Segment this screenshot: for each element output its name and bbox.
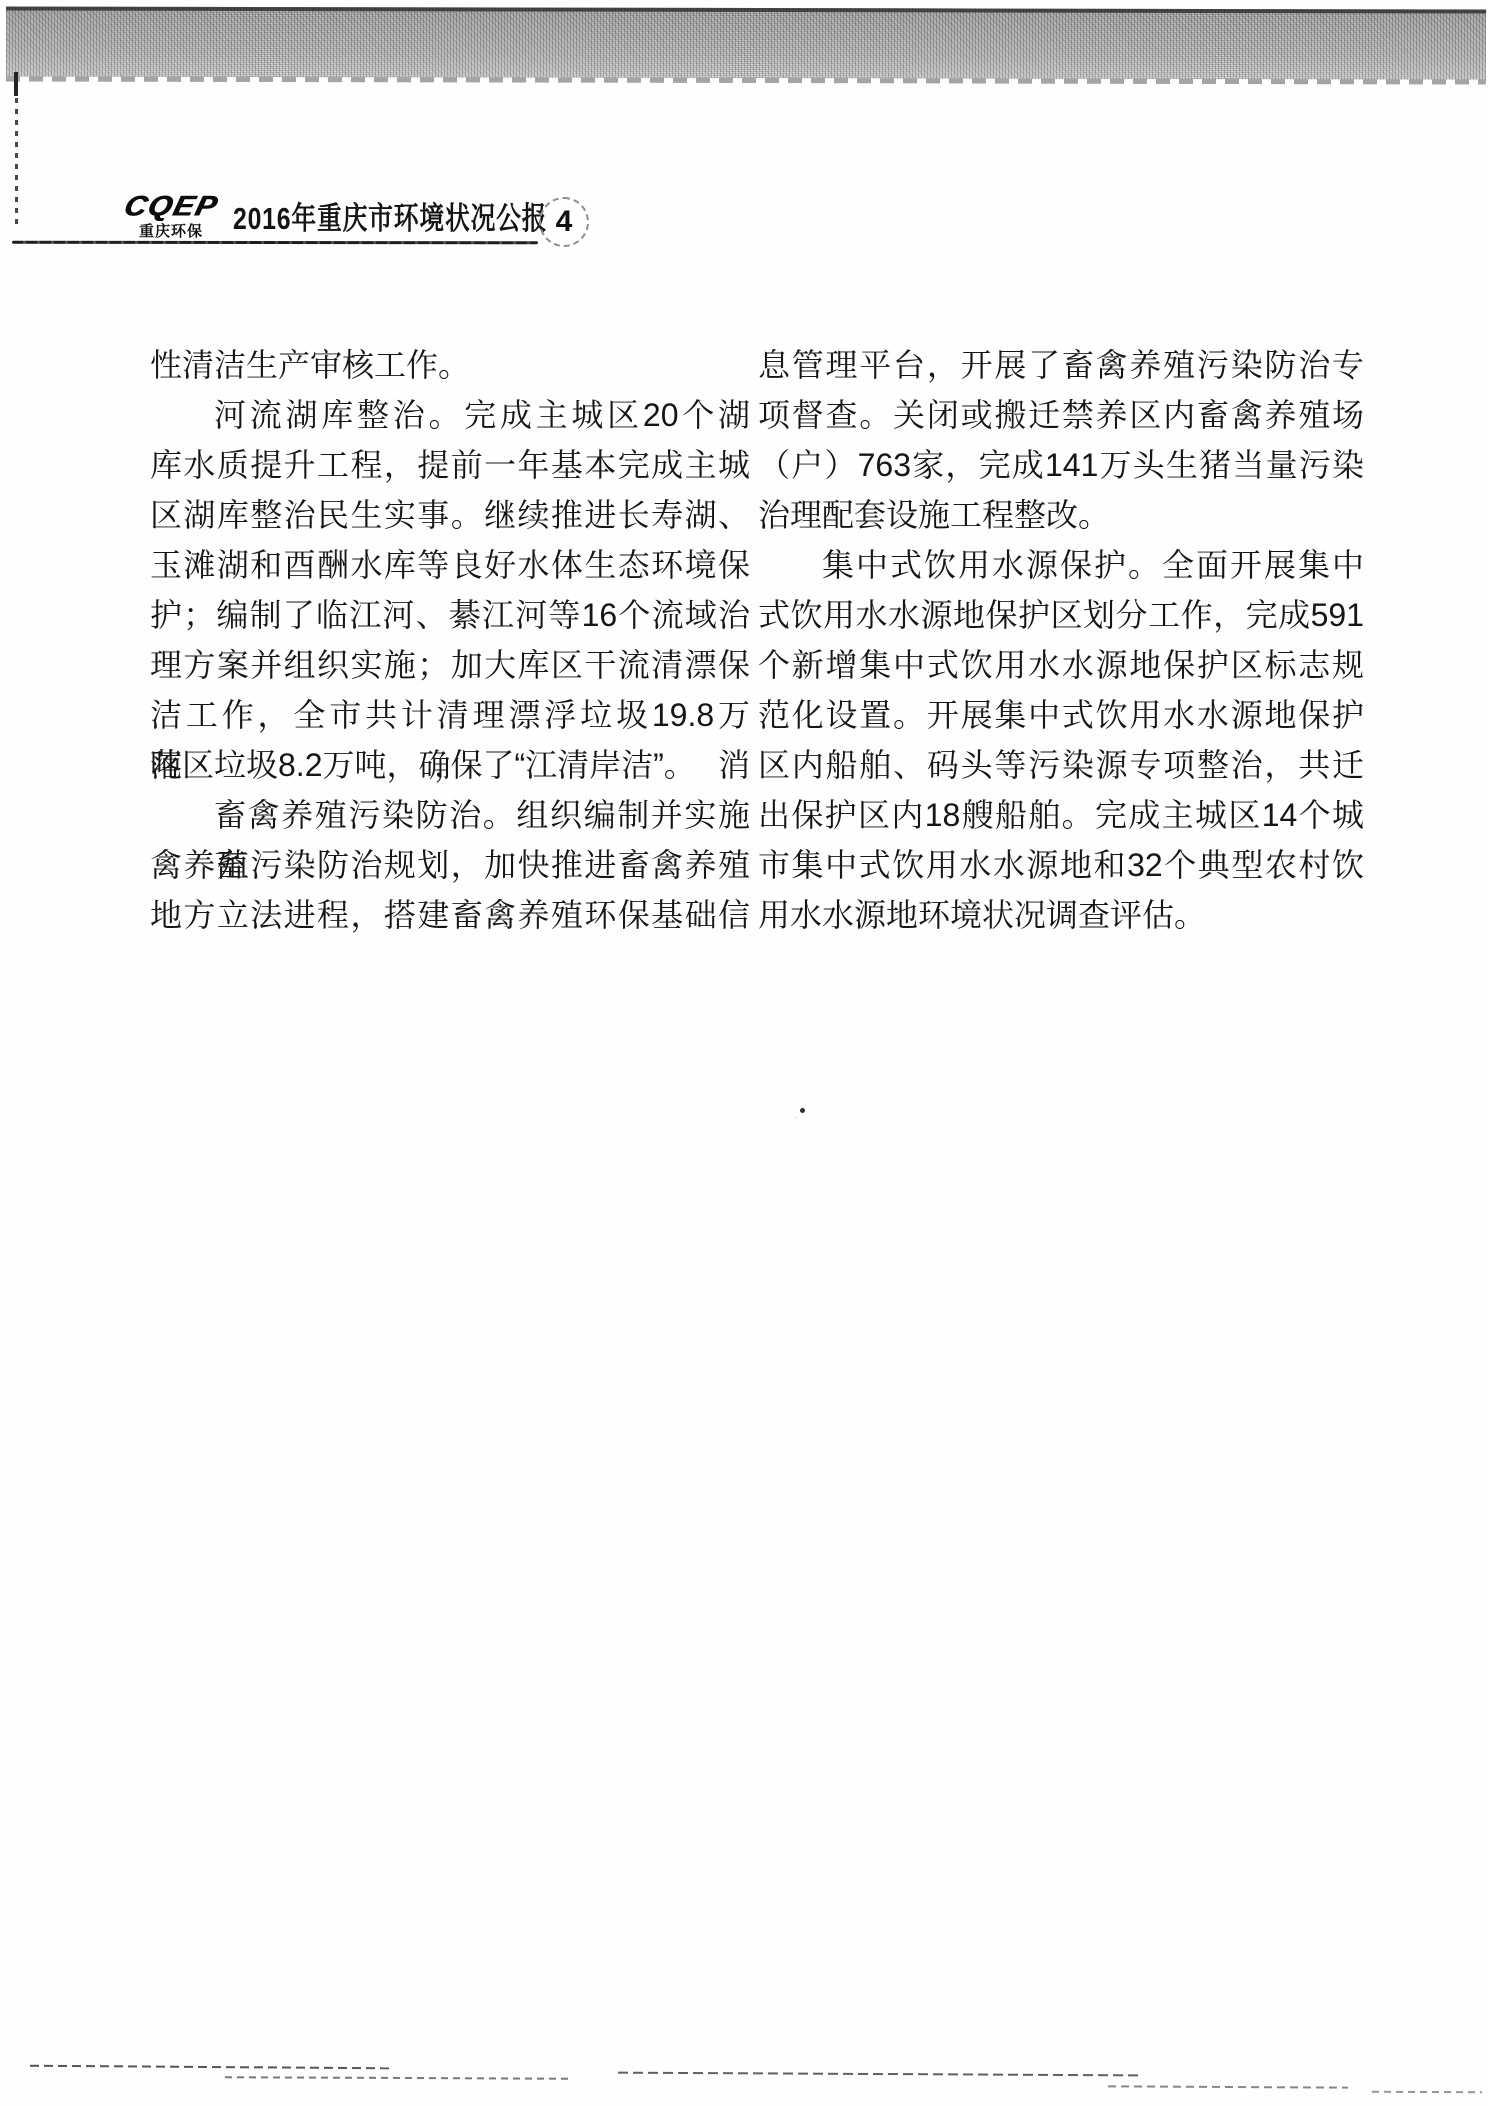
text-line: （户）763家，完成141万头生猪当量污染: [758, 440, 1364, 490]
cqep-logo: CQEP 重庆环保: [112, 192, 230, 240]
text-line: 玉滩湖和酉酬水库等良好水体生态环境保: [150, 540, 750, 590]
page-number: 4: [556, 205, 573, 239]
text-line: 地方立法进程，搭建畜禽养殖环保基础信: [150, 890, 750, 940]
left-column: 性清洁生产审核工作。河流湖库整治。完成主城区20个湖库水质提升工程，提前一年基本…: [150, 340, 750, 940]
header-underline: [12, 241, 538, 244]
text-line: 区湖库整治民生实事。继续推进长寿湖、: [150, 490, 750, 540]
text-line: 河流湖库整治。完成主城区20个湖: [150, 390, 750, 440]
text-line: 个新增集中式饮用水水源地保护区标志规: [758, 640, 1364, 690]
text-line: 范化设置。开展集中式饮用水水源地保护: [758, 690, 1364, 740]
logo-wordmark: CQEP: [108, 193, 233, 222]
text-line: 禽养殖污染防治规划，加快推进畜禽养殖: [150, 840, 750, 890]
text-line: 出保护区内18艘船舶。完成主城区14个城: [758, 790, 1364, 840]
text-line: 治理配套设施工程整改。: [758, 490, 1364, 540]
report-title: 2016年重庆市环境状况公报: [233, 199, 547, 239]
text-line: 式饮用水水源地保护区划分工作，完成591: [758, 590, 1364, 640]
scanned-page: CQEP 重庆环保 2016年重庆市环境状况公报 4 性清洁生产审核工作。河流湖…: [0, 0, 1488, 2106]
scan-scratch-line: [618, 2072, 1138, 2077]
text-line: 市集中式饮用水水源地和32个典型农村饮: [758, 840, 1364, 890]
text-line: 项督查。关闭或搬迁禁养区内畜禽养殖场: [758, 390, 1364, 440]
text-line: 洁工作，全市共计清理漂浮垃圾19.8万吨，消: [150, 690, 750, 740]
text-line: 用水水源地环境状况调查评估。: [758, 890, 1364, 940]
scan-scratch-line: [30, 2065, 390, 2070]
right-column: 息管理平台，开展了畜禽养殖污染防治专项督查。关闭或搬迁禁养区内畜禽养殖场（户）7…: [758, 340, 1364, 940]
text-line: 理方案并组织实施；加大库区干流清漂保: [150, 640, 750, 690]
scan-scratch-line: [1108, 2085, 1348, 2088]
page-number-badge: 4: [539, 197, 589, 247]
text-line: 性清洁生产审核工作。: [150, 340, 750, 390]
text-line: 落区垃圾8.2万吨，确保了“江清岸洁”。: [150, 740, 750, 790]
text-line: 畜禽养殖污染防治。组织编制并实施畜: [150, 790, 750, 840]
text-line: 护；编制了临江河、綦江河等16个流域治: [150, 590, 750, 640]
scan-scratch-line: [225, 2076, 570, 2080]
scan-scratch-line: [1372, 2091, 1482, 2093]
logo-subtext: 重庆环保: [112, 223, 230, 240]
page-header: CQEP 重庆环保 2016年重庆市环境状况公报 4: [0, 0, 1488, 260]
text-line: 区内船舶、码头等污染源专项整治，共迁: [758, 740, 1364, 790]
text-line: 集中式饮用水源保护。全面开展集中: [758, 540, 1364, 590]
text-line: 息管理平台，开展了畜禽养殖污染防治专: [758, 340, 1364, 390]
scan-speck: [800, 1108, 805, 1113]
text-line: 库水质提升工程，提前一年基本完成主城: [150, 440, 750, 490]
